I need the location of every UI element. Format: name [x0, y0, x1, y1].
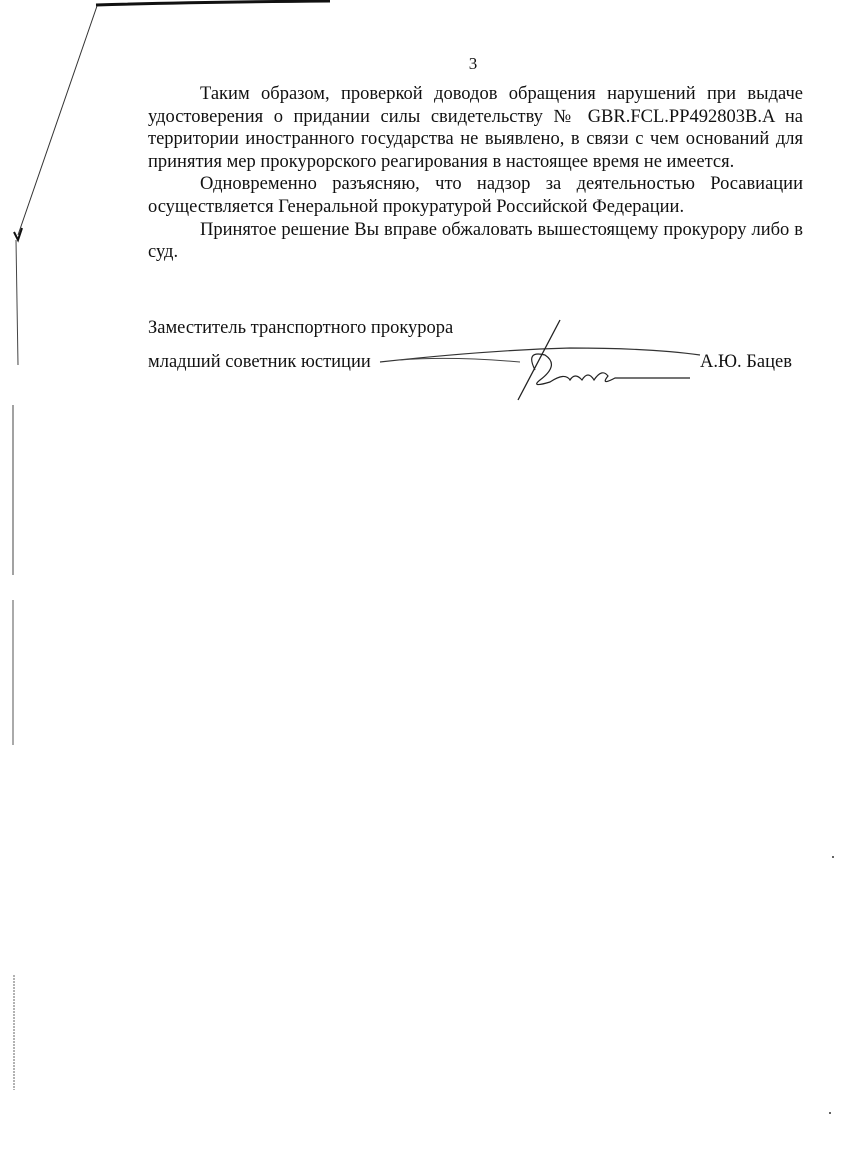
page-number: 3 — [0, 54, 850, 74]
paragraph-appeal: Принятое решение Вы вправе обжаловать вы… — [148, 219, 803, 264]
paragraph-oversight: Одновременно разъясняю, что надзор за де… — [148, 173, 803, 218]
handwritten-signature-icon — [370, 310, 710, 410]
paragraph-findings: Таким образом, проверкой доводов обращен… — [148, 83, 803, 173]
letter-body: Таким образом, проверкой доводов обращен… — [148, 83, 803, 264]
signatory-rank: младший советник юстиции — [148, 352, 371, 373]
signatory-name: А.Ю. Бацев — [700, 352, 792, 373]
